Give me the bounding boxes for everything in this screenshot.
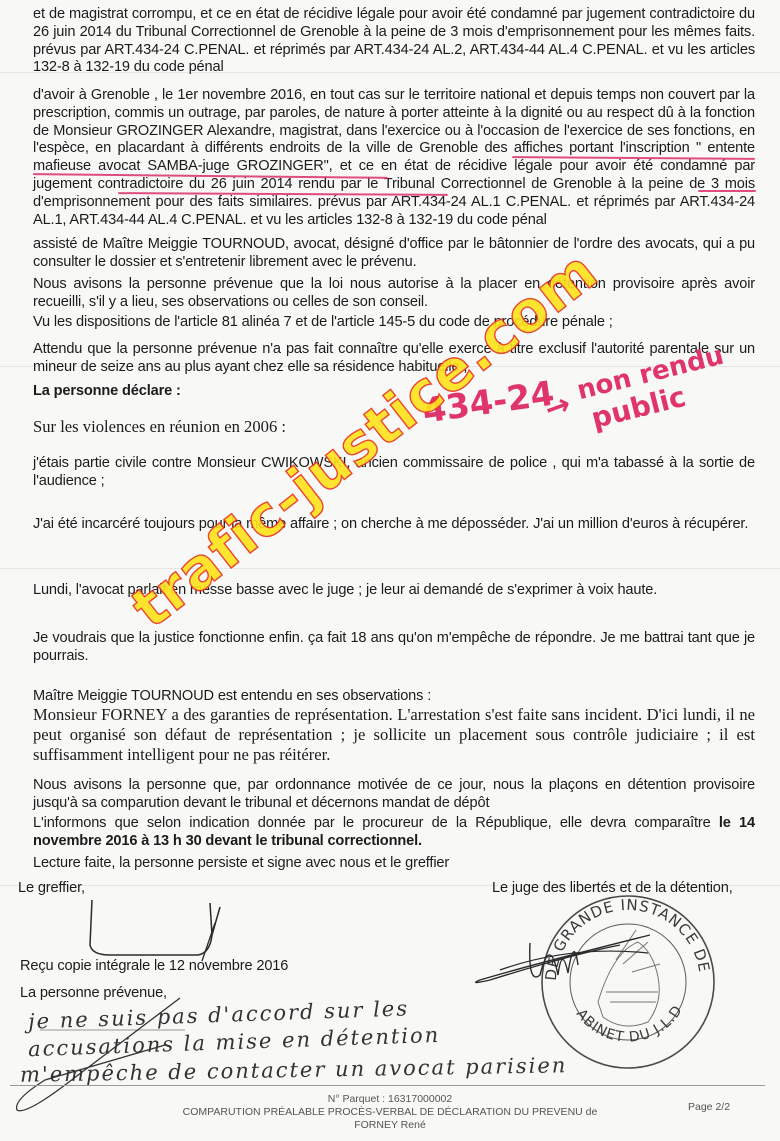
footer-parquet: N° Parquet : 16317000002 — [0, 1093, 780, 1106]
paragraph-prior-conviction: et de magistrat corrompu, et ce en état … — [33, 6, 755, 77]
document-page: et de magistrat corrompu, et ce en état … — [0, 0, 780, 1141]
page-number: Page 2/2 — [688, 1101, 730, 1113]
greffier-signature — [70, 895, 230, 975]
footer-title: COMPARUTION PRÉALABLE PROCÈS-VERBAL DE D… — [0, 1106, 780, 1119]
paragraph-detention-notice: Nous avisons la personne prévenue que la… — [33, 276, 755, 312]
decision-paragraph: Nous avisons la personne que, par ordonn… — [33, 777, 755, 813]
paragraph-legal-provisions: Vu les dispositions de l'article 81 alin… — [33, 314, 755, 332]
statement-cwikowski: j'étais partie civile contre Monsieur CW… — [33, 455, 755, 491]
lawyer-heard: Maître Meiggie TOURNOUD est entendu en s… — [33, 688, 755, 706]
highlight-underline — [698, 190, 756, 192]
footer-name: FORNEY René — [0, 1119, 780, 1132]
paragraph-lawyer-assigned: assisté de Maître Meiggie TOURNOUD, avoc… — [33, 236, 755, 272]
lawyer-observations: Monsieur FORNEY a des garanties de repré… — [33, 705, 755, 765]
statement-incarcerated: J'ai été incarcéré toujours pour la même… — [33, 516, 755, 534]
statement-justice: Je voudrais que la justice fonctionne en… — [33, 630, 755, 666]
footer-divider — [10, 1085, 765, 1086]
lecture-faite: Lecture faite, la personne persiste et s… — [33, 855, 755, 873]
hearing-notice: L'informons que selon indication donnée … — [33, 815, 755, 851]
judge-signature — [470, 915, 660, 995]
